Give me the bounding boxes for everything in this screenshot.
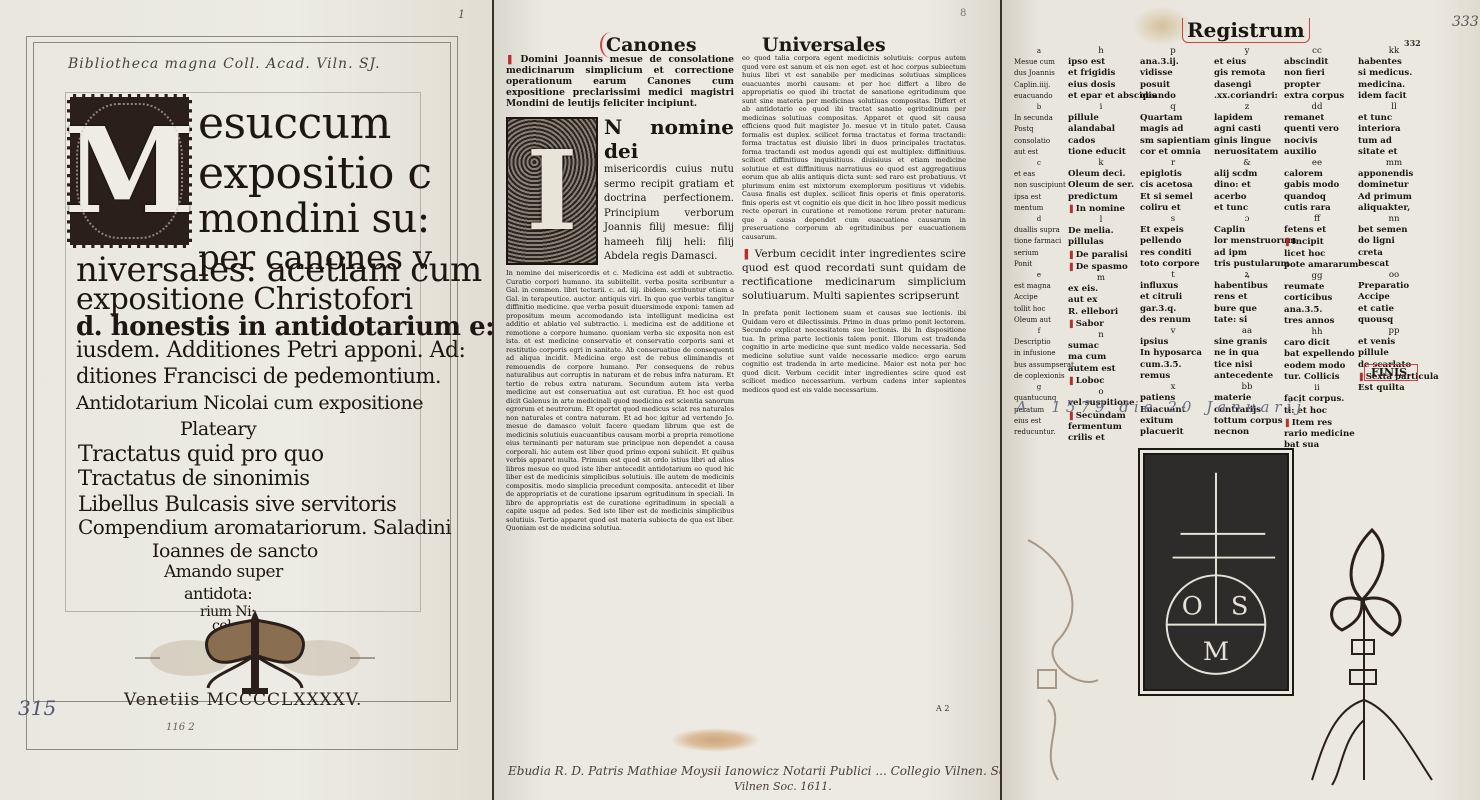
scroll-ornament-icon: [130, 600, 380, 700]
ownership-inscription: Bibliotheca magna Coll. Acad. Viln. SJ.: [68, 56, 448, 72]
register-entry: cum.3.5.: [1140, 360, 1206, 371]
register-entry: tollit hoc: [1014, 304, 1064, 315]
register-entry: interiora: [1358, 124, 1430, 135]
register-entry: lor menstruorum: [1214, 236, 1280, 247]
register-entry: et eius: [1214, 57, 1280, 68]
title-line: Compendium aromatariorum. Saladini: [78, 515, 451, 539]
signature-letter: nn: [1358, 214, 1430, 225]
register-entry: ipsa est: [1014, 192, 1064, 203]
register-entry: acerbo: [1214, 192, 1280, 203]
register-entry: dus Joannis: [1014, 68, 1064, 79]
register-entry: cor et omnia: [1140, 147, 1206, 158]
register-entry: crilis et: [1068, 433, 1134, 444]
signature-letter: c: [1014, 158, 1064, 169]
register-entry: agni casti: [1214, 124, 1280, 135]
register-entry: Incipit: [1284, 236, 1350, 248]
register-entry: euacuando: [1014, 91, 1064, 102]
register-column: pana.3.ij.vidisseposuitquandoqQuartammag…: [1140, 46, 1206, 438]
signature-letter: x: [1140, 382, 1206, 393]
register-column: hipso estet frigidiseius dosiset epar et…: [1068, 46, 1134, 444]
register-entry: Ad primum: [1358, 192, 1430, 203]
register-column: ccabscinditnon fieripropterextra corpusd…: [1284, 46, 1350, 451]
register-column: kkhabentessi medicus.medicina.idem facit…: [1358, 46, 1430, 394]
signature-letter: pp: [1358, 326, 1430, 337]
printer-device: O S M: [1138, 448, 1294, 696]
text-column-right: eo quod talia corpora egent medicinis so…: [742, 54, 966, 706]
register-entry: De paralisi: [1068, 249, 1134, 261]
register-entry: Item res: [1284, 417, 1350, 429]
register-entry: habentibus: [1214, 281, 1280, 292]
register-entry: quandoq: [1284, 192, 1350, 203]
device-letter-s: S: [1231, 592, 1249, 622]
register-entry: bat expellendo: [1284, 349, 1350, 360]
register-entry: sine granis: [1214, 337, 1280, 348]
register-entry: ad ipm: [1214, 248, 1280, 259]
finis-colophon: FINIS.: [1364, 364, 1418, 381]
signature-letter: i: [1068, 102, 1134, 113]
signature-letter: cc: [1284, 46, 1350, 57]
register-entry: ne in qua: [1214, 348, 1280, 359]
signature-letter: ff: [1284, 214, 1350, 225]
register-entry: gar.3.q.: [1140, 304, 1206, 315]
title-line: Libellus Bulcasis sive servitoris: [78, 492, 396, 516]
register-entry: Quartam: [1140, 113, 1206, 124]
register-entry: tum ad: [1358, 136, 1430, 147]
body-text-right: eo quod talia corpora egent medicinis so…: [742, 54, 966, 241]
register-entry: ana.3.ij.: [1140, 57, 1206, 68]
foxing-stain: [670, 728, 760, 752]
signature-letter: gg: [1284, 271, 1350, 282]
register-entry: Oleum aut: [1014, 315, 1064, 326]
shelfmark-bottom: 116 2: [166, 722, 195, 733]
register-entry: toto corpore: [1140, 259, 1206, 270]
signature-letter: h: [1068, 46, 1134, 57]
register-entry: aut ex: [1068, 295, 1134, 306]
title-line: expositio c: [198, 148, 432, 199]
register-entry: placuerit: [1140, 427, 1206, 438]
ownership-note-line2: Vilnen Soc. 1611.: [734, 780, 832, 793]
register-entry: licet hoc: [1284, 249, 1350, 260]
register-entry: coliru et: [1140, 203, 1206, 214]
register-entry: In hyposarca: [1140, 348, 1206, 359]
register-entry: In nomine: [1068, 203, 1134, 215]
register-entry: res conditi: [1140, 248, 1206, 259]
register-entry: dominetur: [1358, 180, 1430, 191]
folio-number: 8: [960, 8, 966, 19]
register-entry: Accipe: [1014, 292, 1064, 303]
register-entry: pillulas: [1068, 237, 1134, 248]
register-entry: dino: et: [1214, 180, 1280, 191]
register-entry: epiglotis: [1140, 169, 1206, 180]
signature-letter: mm: [1358, 158, 1430, 169]
register-entry: eodem modo: [1284, 361, 1350, 372]
signature-letter: kk: [1358, 46, 1430, 57]
register-entry: et eas: [1014, 169, 1064, 180]
title-line: Tractatus de sinonimis: [78, 466, 310, 490]
register-entry: do ligni: [1358, 236, 1430, 247]
register-entry: rens et: [1214, 292, 1280, 303]
register-entry: Oleum de ser.: [1068, 180, 1134, 191]
register-entry: et tunc: [1214, 203, 1280, 214]
register-entry: tottum corpus: [1214, 416, 1280, 427]
registrum-title: Registrum: [1182, 18, 1310, 43]
register-entry: vidisse: [1140, 68, 1206, 79]
register-entry: et epar et abscidis: [1068, 91, 1134, 102]
register-entry: ex eis.: [1068, 284, 1134, 295]
register-entry: Et si semel: [1140, 192, 1206, 203]
register-entry: et venis: [1358, 337, 1430, 348]
register-entry: ma cum: [1068, 352, 1134, 363]
title-line: iusdem. Additiones Petri apponi. Ad:: [76, 338, 465, 363]
register-entry: .xx.coriandri:: [1214, 91, 1280, 102]
register-entry: alandabal: [1068, 124, 1134, 135]
register-entry: quenti vero: [1284, 124, 1350, 135]
register-entry: tate: si: [1214, 315, 1280, 326]
register-entry: extra corpus: [1284, 91, 1350, 102]
shelfmark-margin: 315: [18, 696, 56, 720]
register-entry: alij scdm: [1214, 169, 1280, 180]
signature-letter: r: [1140, 158, 1206, 169]
register-entry: caro dicit: [1284, 338, 1350, 349]
signature-letter: ꝝ: [1214, 270, 1280, 281]
signature-letter: a: [1014, 46, 1064, 57]
register-entry: bet semen: [1358, 225, 1430, 236]
register-entry: Est quilta: [1358, 383, 1430, 394]
signature-letter: e: [1014, 270, 1064, 281]
register-entry: bure que: [1214, 304, 1280, 315]
register-entry: propter: [1284, 80, 1350, 91]
register-entry: reducuntur.: [1014, 427, 1064, 438]
register-entry: et catie: [1358, 304, 1430, 315]
register-entry: duallis supra: [1014, 225, 1064, 236]
register-entry: bescat: [1358, 259, 1430, 270]
register-entry: ana.3.5.: [1284, 305, 1350, 316]
signature-letter: l: [1068, 215, 1134, 226]
signature-letter: ee: [1284, 158, 1350, 169]
register-entry: posuit: [1140, 80, 1206, 91]
running-head-right: Universales: [762, 34, 886, 56]
register-entry: bus assumpserat: [1014, 360, 1064, 371]
register-entry: et tunc: [1358, 113, 1430, 124]
register-entry: Descriptio: [1014, 337, 1064, 348]
register-entry: influxus: [1140, 281, 1206, 292]
register-entry: remus: [1140, 371, 1206, 382]
register-entry: ginis lingue: [1214, 136, 1280, 147]
register-entry: Accipe: [1358, 292, 1430, 303]
register-entry: des renum: [1140, 315, 1206, 326]
signature-letter: v: [1140, 326, 1206, 337]
register-entry: Postq: [1014, 124, 1064, 135]
register-entry: est magna: [1014, 281, 1064, 292]
register-entry: De melia.: [1068, 226, 1134, 237]
register-entry: mentum: [1014, 203, 1064, 214]
register-entry: medicina.: [1358, 80, 1430, 91]
register-entry: R. ellebori: [1068, 307, 1134, 318]
register-entry: ipsius: [1140, 337, 1206, 348]
register-entry: remanet: [1284, 113, 1350, 124]
register-entry: exitum: [1140, 416, 1206, 427]
register-entry: aut est: [1014, 147, 1064, 158]
register-entry: non suscipiunt: [1014, 180, 1064, 191]
register-entry: lapidem: [1214, 113, 1280, 124]
woodcut-initial: I: [506, 117, 598, 265]
register-entry: si medicus.: [1358, 68, 1430, 79]
signature-letter: p: [1140, 46, 1206, 57]
register-entry: auxilio: [1284, 147, 1350, 158]
register-entry: Mesue cum: [1014, 57, 1064, 68]
signature-letter: &: [1214, 158, 1280, 169]
signature-letter: oo: [1358, 270, 1430, 281]
orb-and-cross-device-icon: O S M: [1145, 455, 1287, 688]
signature-letter: n: [1068, 330, 1134, 341]
register-entry: cutis rara: [1284, 203, 1350, 214]
imprint-line: Venetiis MCCCCLXXXXV.: [124, 690, 362, 710]
signature-letter: aa: [1214, 326, 1280, 337]
ownership-note: Ebudia R. D. Patris Mathiae Moysii Ianow…: [508, 764, 998, 778]
register-entry: serium: [1014, 248, 1064, 259]
signature-letter: t: [1140, 270, 1206, 281]
register-entry: abscindit: [1284, 57, 1350, 68]
title-line: Antidotarium Nicolai cum expositione: [76, 392, 423, 414]
register-entry: De spasmo: [1068, 261, 1134, 273]
signature-letter: hh: [1284, 327, 1350, 338]
title-line: Ioannes de sancto: [152, 540, 318, 562]
intro-rubric: ❚ Domini Joannis mesue de consolatione m…: [506, 54, 734, 109]
register-entry: tur. Collicis: [1284, 372, 1350, 383]
pilcrow-icon: ❚: [742, 248, 751, 260]
register-entry: antecedente: [1214, 371, 1280, 382]
register-entry: de coplexionis: [1014, 371, 1064, 382]
pen-drawing-flower-icon: [1302, 510, 1452, 790]
register-entry: necnon: [1214, 427, 1280, 438]
body-text-right-2: In prefata ponit lectionem suam et causa…: [742, 309, 966, 394]
register-entry: cados: [1068, 136, 1134, 147]
register-entry: tice nisi: [1214, 360, 1280, 371]
signature-letter: dd: [1284, 102, 1350, 113]
pen-flourish-icon: [1008, 520, 1128, 790]
register-entry: rario medicine: [1284, 429, 1350, 440]
signature-letter: q: [1140, 102, 1206, 113]
register-entry: ipso est: [1068, 57, 1134, 68]
register-entry: dasengi: [1214, 80, 1280, 91]
register-entry: Loboc: [1068, 375, 1134, 387]
register-entry: fermentum: [1068, 422, 1134, 433]
register-entry: Et expeis: [1140, 225, 1206, 236]
manuscript-title-page: 1 Bibliotheca magna Coll. Acad. Viln. SJ…: [0, 0, 492, 800]
register-entry: reumate: [1284, 282, 1350, 293]
title-line: Amando super: [164, 562, 283, 582]
register-entry: calorem: [1284, 169, 1350, 180]
register-column: aMesue cumdus JoannisCaplin.iiij.euacuan…: [1014, 46, 1064, 438]
register-entry: et frigidis: [1068, 68, 1134, 79]
register-entry: Caplin.iiij.: [1014, 80, 1064, 91]
register-entry: Sabor: [1068, 318, 1134, 330]
decorated-initial: M: [67, 94, 192, 248]
register-entry: tres annos: [1284, 316, 1350, 327]
signature-letter: ll: [1358, 102, 1430, 113]
register-entry: Ponit: [1014, 259, 1064, 270]
register-entry: predictum: [1068, 192, 1134, 203]
register-entry: tris pustularum: [1214, 259, 1280, 270]
title-line: mondini su:: [198, 196, 430, 242]
signature-letter: m: [1068, 273, 1134, 284]
register-entry: cis acetosa: [1140, 180, 1206, 191]
register-entry: fetens et: [1284, 225, 1350, 236]
device-letter-o: O: [1182, 592, 1203, 622]
register-entry: Caplin: [1214, 225, 1280, 236]
register-entry: In secunda: [1014, 113, 1064, 124]
signature-letter: o: [1068, 387, 1134, 398]
register-entry: idem facit: [1358, 91, 1430, 102]
pilcrow-icon: ❚: [506, 54, 514, 65]
folio-handwritten: 333: [1452, 14, 1479, 30]
register-entry: non fieri: [1284, 68, 1350, 79]
section-heading: ❚ Verbum cecidit inter ingredientes scir…: [742, 247, 966, 303]
register-entry: in infusione: [1014, 348, 1064, 359]
register-entry: consolatio: [1014, 136, 1064, 147]
register-entry: creta: [1358, 248, 1430, 259]
device-letter-m: M: [1203, 637, 1229, 667]
register-entry: aliquakter,: [1358, 203, 1430, 214]
signature-letter: d: [1014, 214, 1064, 225]
signature-letter: ii: [1284, 383, 1350, 394]
register-entry: gis remota: [1214, 68, 1280, 79]
register-entry: eius dosis: [1068, 80, 1134, 91]
title-line: ditiones Francisci de pedemontium.: [76, 364, 441, 388]
register-entry: eius est: [1014, 416, 1064, 427]
register-entry: tione educit: [1068, 147, 1134, 158]
register-column: yet eiusgis remotadasengi.xx.coriandri:z…: [1214, 46, 1280, 438]
register-entry: quando: [1140, 91, 1206, 102]
signature-letter: bb: [1214, 382, 1280, 393]
signature-letter: ɔ: [1214, 214, 1280, 225]
vine-ornament-icon: [76, 103, 183, 239]
woodcut-letter: I: [508, 119, 596, 263]
date-annotation: A. 1579 die 20 Januarij: [1016, 398, 1306, 416]
signature-letter: y: [1214, 46, 1280, 57]
register-entry: Preparatio: [1358, 281, 1430, 292]
register-entry: pellendo: [1140, 236, 1206, 247]
body-text-left: In nomine dei misericordis et c. Medicin…: [506, 269, 734, 533]
signature-mark: A 2: [936, 704, 949, 713]
register-entry: magis ad: [1140, 124, 1206, 135]
signature-letter: k: [1068, 158, 1134, 169]
register-entry: sumac: [1068, 341, 1134, 352]
signature-letter: f: [1014, 326, 1064, 337]
register-entry: et citruli: [1140, 292, 1206, 303]
register-entry: gabis modo: [1284, 180, 1350, 191]
register-entry: pillule: [1358, 348, 1430, 359]
title-line: esuccum: [198, 98, 391, 149]
register-entry: neruositatem: [1214, 147, 1280, 158]
register-entry: pillule: [1068, 113, 1134, 124]
register-entry: autem est: [1068, 364, 1134, 375]
register-entry: apponendis: [1358, 169, 1430, 180]
register-entry: corticibus: [1284, 293, 1350, 304]
register-entry: tione farmaci: [1014, 236, 1064, 247]
signature-letter: s: [1140, 214, 1206, 225]
printed-canones-page: 8 Canones Universales ❚ Domini Joannis m…: [494, 0, 1000, 800]
running-head-left: Canones: [606, 34, 697, 56]
text-column-left: ❚ Domini Joannis mesue de consolatione m…: [506, 54, 734, 706]
registrum-page: Registrum 333 332 aMesue cumdus JoannisC…: [1002, 0, 1480, 800]
register-entry: Oleum deci.: [1068, 169, 1134, 180]
register-entry: habentes: [1358, 57, 1430, 68]
title-line: Tractatus quid pro quo: [78, 442, 324, 467]
signature-letter: z: [1214, 102, 1280, 113]
register-entry: sitate et: [1358, 147, 1430, 158]
register-entry: nocivis: [1284, 136, 1350, 147]
register-entry: pote amararum: [1284, 260, 1350, 271]
signature-letter: b: [1014, 102, 1064, 113]
folio-number: 1: [458, 8, 465, 21]
register-entry: quousq: [1358, 315, 1430, 326]
title-line: Plateary: [180, 418, 256, 440]
signature-letter: g: [1014, 382, 1064, 393]
register-entry: sm sapientiam: [1140, 136, 1206, 147]
